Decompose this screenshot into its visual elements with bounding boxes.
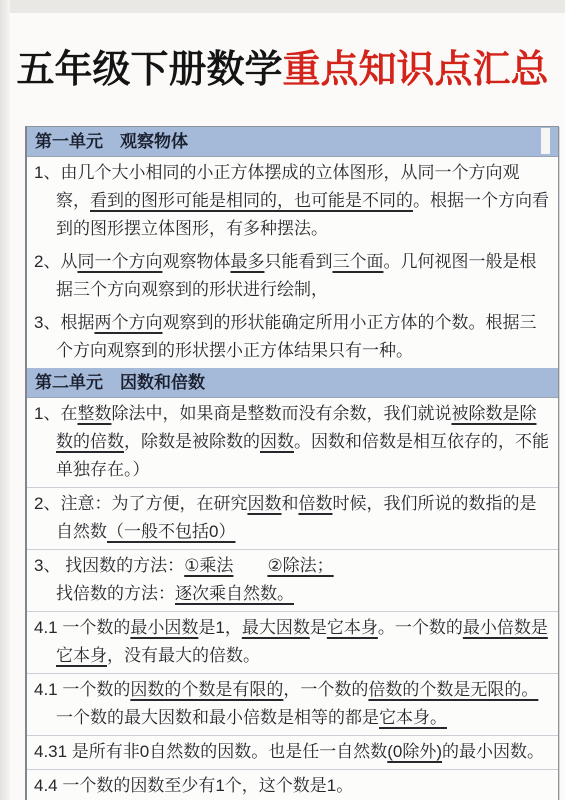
section-unit-2: 第二单元 因数和倍数 1、在整数除法中，如果商是整数而没有余数，我们就说被除数是… <box>27 368 558 800</box>
scan-edge-top <box>0 0 565 13</box>
knowledge-point-2-4b: 4.1 一个数的因数的个数是有限的，一个数的倍数的个数是无限的。一个数的最大因数… <box>27 673 558 735</box>
knowledge-point-1-1: 1、由几个大小相同的小正方体摆成的立体图形，从同一个方向观察，看到的图形可能是相… <box>27 157 558 246</box>
knowledge-point-1-3: 3、根据两个方向观察到的形状能确定所用小正方体的个数。根据三个方向观察到的形状摆… <box>27 307 558 368</box>
scan-edge-left <box>0 0 10 800</box>
page-title: 五年级下册数学重点知识点汇总 <box>0 38 565 93</box>
section-1-header: 第一单元 观察物体 <box>27 127 558 157</box>
page-title-red: 重点知识点汇总 <box>283 49 549 91</box>
knowledge-point-2-4d: 4.4 一个数的因数至少有1个，这个数是1。 <box>27 769 558 800</box>
knowledge-table: 第一单元 观察物体 1、由几个大小相同的小正方体摆成的立体图形，从同一个方向观察… <box>25 126 559 800</box>
knowledge-point-2-4c: 4.31 是所有非0自然数的因数。也是任一自然数(0除外)的最小因数。 <box>27 735 558 769</box>
knowledge-point-1-2: 2、从同一个方向观察物体最多只能看到三个面。几何视图一般是根据三个方向观察到的形… <box>27 246 558 307</box>
section-unit-1: 第一单元 观察物体 1、由几个大小相同的小正方体摆成的立体图形，从同一个方向观察… <box>27 127 558 368</box>
header-cell-notch <box>541 128 550 154</box>
section-1-header-label: 第一单元 观察物体 <box>35 132 188 151</box>
knowledge-point-2-1: 1、在整数除法中，如果商是整数而没有余数，我们就说被除数是除数的倍数，除数是被除… <box>27 398 558 487</box>
page-title-black: 五年级下册数学 <box>16 49 282 91</box>
section-2-header: 第二单元 因数和倍数 <box>27 368 558 398</box>
section-2-header-label: 第二单元 因数和倍数 <box>35 373 205 392</box>
knowledge-point-2-3: 3、 找因数的方法：①乘法 ②除法；找倍数的方法：逐次乘自然数。 <box>27 549 558 611</box>
knowledge-point-2-2: 2、注意：为了方便，在研究因数和倍数时候，我们所说的数指的是自然数（一般不包括0… <box>27 487 558 549</box>
knowledge-point-2-4a: 4.1 一个数的最小因数是1，最大因数是它本身。一个数的最小倍数是它本身，没有最… <box>27 611 558 673</box>
